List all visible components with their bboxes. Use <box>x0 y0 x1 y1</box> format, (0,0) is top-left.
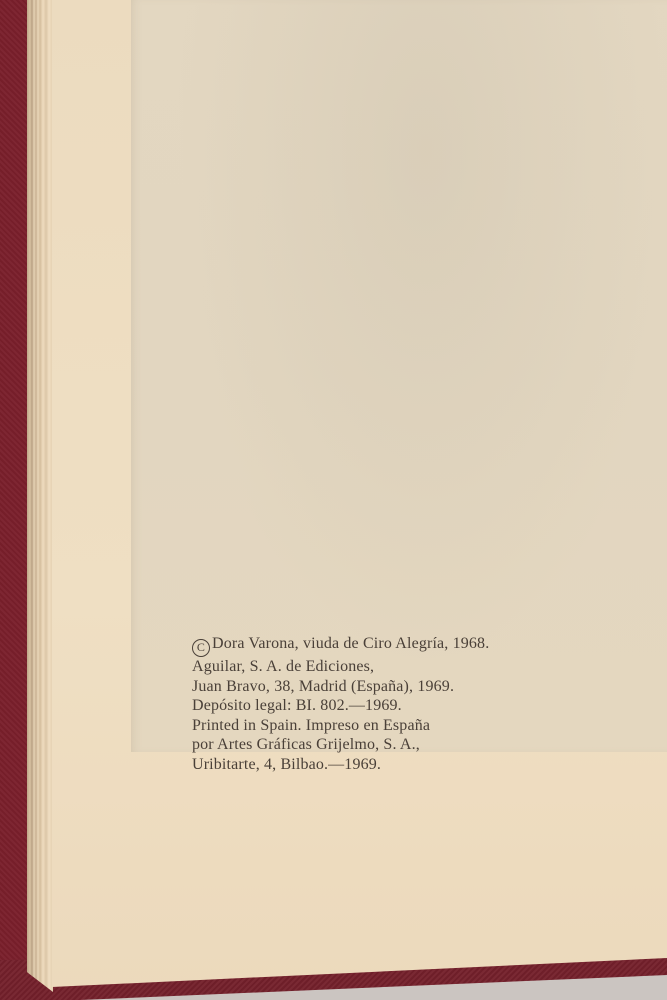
colophon-line-publisher: Aguilar, S. A. de Ediciones, <box>192 657 489 677</box>
colophon-line-legal-deposit: Depósito legal: BI. 802.—1969. <box>192 696 489 716</box>
copyright-icon: C <box>192 639 210 657</box>
show-through-title <box>461 80 667 180</box>
colophon-line-printer-address: Uribitarte, 4, Bilbao.—1969. <box>192 755 489 775</box>
copyright-holder: Dora Varona, viuda de Ciro Alegría, 1968… <box>212 635 489 652</box>
colophon-line-copyright: CDora Varona, viuda de Ciro Alegría, 196… <box>192 634 489 657</box>
page-edges <box>27 0 53 992</box>
colophon-line-printer: por Artes Gráficas Grijelmo, S. A., <box>192 735 489 755</box>
colophon-line-printed-in: Printed in Spain. Impreso en España <box>192 716 489 736</box>
colophon-line-publisher-address: Juan Bravo, 38, Madrid (España), 1969. <box>192 677 489 697</box>
colophon-text-block: CDora Varona, viuda de Ciro Alegría, 196… <box>192 634 489 774</box>
